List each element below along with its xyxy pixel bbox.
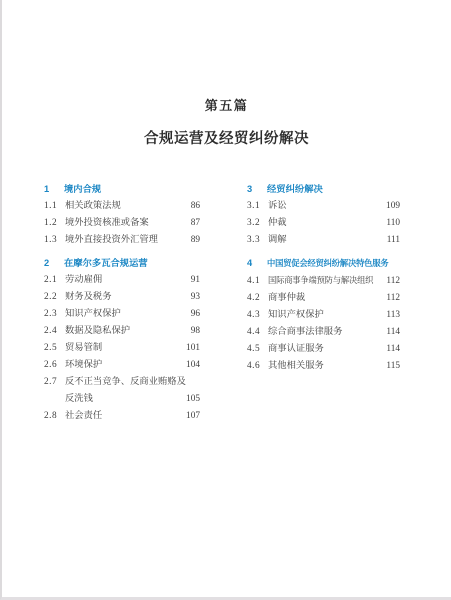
entry-number: 3.1 [247, 198, 268, 215]
entry-label: 诉讼 [268, 198, 382, 215]
entry-number: 1.1 [44, 198, 65, 215]
entry-page: 101 [186, 340, 200, 357]
entry-page: 96 [191, 306, 200, 323]
section-number: 1 [44, 181, 64, 198]
entry-page: 105 [186, 391, 200, 408]
entry-label: 综合商事法律服务 [268, 324, 382, 341]
toc-entry: 4.4综合商事法律服务114 [247, 324, 400, 341]
toc-entry: 1.2境外投资核准或备案87 [44, 215, 200, 232]
entry-page: 112 [386, 290, 400, 307]
toc-entry: 2.2财务及税务93 [44, 289, 200, 306]
entry-label: 知识产权保护 [65, 306, 187, 323]
toc-entry: 3.3调解111 [247, 232, 400, 249]
entry-number: 4.2 [247, 290, 268, 307]
section-title: 境内合规 [64, 181, 101, 198]
page-title: 合规运营及经贸纠纷解决 [2, 127, 451, 148]
toc-entry: 2.8社会责任107 [44, 408, 200, 425]
entry-page: 89 [191, 232, 200, 249]
toc-entry-continuation: 反洗钱105 [44, 391, 200, 408]
entry-number: 2.6 [44, 357, 65, 374]
entry-label: 调解 [268, 232, 383, 249]
entry-label: 反不正当竞争、反商业贿赂及 [65, 374, 196, 391]
entry-number: 4.4 [247, 324, 268, 341]
entry-label: 数据及隐私保护 [65, 323, 187, 340]
entry-number: 2.1 [44, 272, 65, 289]
entry-label: 知识产权保护 [268, 307, 382, 324]
entry-label: 商事认证服务 [268, 341, 382, 358]
entry-label: 劳动雇佣 [65, 272, 187, 289]
toc-section: 1境内合规1.1相关政策法规861.2境外投资核准或备案871.3境外直接投资外… [44, 181, 200, 249]
toc-page: 第五篇 合规运营及经贸纠纷解决 1境内合规1.1相关政策法规861.2境外投资核… [0, 0, 451, 600]
toc-columns: 1境内合规1.1相关政策法规861.2境外投资核准或备案871.3境外直接投资外… [44, 181, 400, 425]
section-heading: 1境内合规 [44, 181, 200, 198]
entry-number: 4.3 [247, 307, 268, 324]
entry-number: 2.5 [44, 340, 65, 357]
toc-entry: 4.2商事仲裁112 [247, 290, 400, 307]
toc-entry: 1.1相关政策法规86 [44, 198, 200, 215]
entry-page: 98 [191, 323, 200, 340]
entry-label: 国际商事争端预防与解决组织 [268, 272, 382, 289]
entry-page: 112 [386, 273, 400, 290]
entry-label: 商事仲裁 [268, 290, 382, 307]
entry-label: 仲裁 [268, 215, 382, 232]
entry-page: 107 [186, 408, 200, 425]
toc-section: 4中国贸促会经贸纠纷解决特色服务4.1国际商事争端预防与解决组织1124.2商事… [247, 255, 400, 375]
toc-section: 3经贸纠纷解决3.1诉讼1093.2仲裁1103.3调解111 [247, 181, 400, 249]
entry-page: 113 [386, 307, 400, 324]
section-number: 4 [247, 255, 267, 272]
section-title: 经贸纠纷解决 [267, 181, 323, 198]
entry-number: 2.3 [44, 306, 65, 323]
entry-page: 93 [191, 289, 200, 306]
section-title: 中国贸促会经贸纠纷解决特色服务 [267, 255, 388, 272]
toc-entry: 2.7反不正当竞争、反商业贿赂及 [44, 374, 200, 391]
entry-label: 环境保护 [65, 357, 182, 374]
toc-entry: 2.1劳动雇佣91 [44, 272, 200, 289]
entry-number: 2.7 [44, 374, 65, 391]
entry-page: 115 [386, 358, 400, 375]
section-title: 在摩尔多瓦合规运营 [64, 255, 148, 272]
toc-entry: 4.6其他相关服务115 [247, 358, 400, 375]
entry-label: 财务及税务 [65, 289, 187, 306]
section-number: 3 [247, 181, 267, 198]
entry-number: 2.2 [44, 289, 65, 306]
entry-page: 104 [186, 357, 200, 374]
section-heading: 2在摩尔多瓦合规运营 [44, 255, 200, 272]
entry-page: 111 [387, 232, 400, 249]
toc-entry: 3.1诉讼109 [247, 198, 400, 215]
entry-page: 87 [191, 215, 200, 232]
toc-entry: 4.3知识产权保护113 [247, 307, 400, 324]
toc-entry: 3.2仲裁110 [247, 215, 400, 232]
toc-entry: 4.5商事认证服务114 [247, 341, 400, 358]
entry-page: 91 [191, 272, 200, 289]
toc-column-right: 3经贸纠纷解决3.1诉讼1093.2仲裁1103.3调解1114中国贸促会经贸纠… [247, 181, 400, 375]
entry-label: 社会责任 [65, 408, 182, 425]
entry-label: 其他相关服务 [268, 358, 382, 375]
toc-entry: 2.5贸易管制101 [44, 340, 200, 357]
toc-entry: 2.6环境保护104 [44, 357, 200, 374]
entry-label: 境外投资核准或备案 [65, 215, 187, 232]
entry-number: 3.3 [247, 232, 268, 249]
entry-label: 贸易管制 [65, 340, 182, 357]
entry-label: 相关政策法规 [65, 198, 187, 215]
entry-number: 1.3 [44, 232, 65, 249]
part-label: 第五篇 [2, 95, 451, 114]
entry-label: 境外直接投资外汇管理 [65, 232, 187, 249]
entry-page: 86 [191, 198, 200, 215]
toc-entry: 1.3境外直接投资外汇管理89 [44, 232, 200, 249]
section-number: 2 [44, 255, 64, 272]
entry-label-continued: 反洗钱 [65, 391, 182, 408]
entry-number: 4.5 [247, 341, 268, 358]
section-heading: 3经贸纠纷解决 [247, 181, 400, 198]
section-heading: 4中国贸促会经贸纠纷解决特色服务 [247, 255, 400, 272]
entry-number: 1.2 [44, 215, 65, 232]
toc-entry: 2.3知识产权保护96 [44, 306, 200, 323]
entry-page: 114 [386, 324, 400, 341]
toc-column-left: 1境内合规1.1相关政策法规861.2境外投资核准或备案871.3境外直接投资外… [44, 181, 200, 425]
entry-number: 2.8 [44, 408, 65, 425]
entry-page: 110 [386, 215, 400, 232]
entry-page: 109 [386, 198, 400, 215]
entry-number: 4.6 [247, 358, 268, 375]
entry-number: 2.4 [44, 323, 65, 340]
entry-number: 3.2 [247, 215, 268, 232]
toc-entry: 2.4数据及隐私保护98 [44, 323, 200, 340]
toc-section: 2在摩尔多瓦合规运营2.1劳动雇佣912.2财务及税务932.3知识产权保护96… [44, 255, 200, 425]
entry-number: 4.1 [247, 273, 268, 290]
toc-entry: 4.1国际商事争端预防与解决组织112 [247, 272, 400, 290]
entry-page: 114 [386, 341, 400, 358]
